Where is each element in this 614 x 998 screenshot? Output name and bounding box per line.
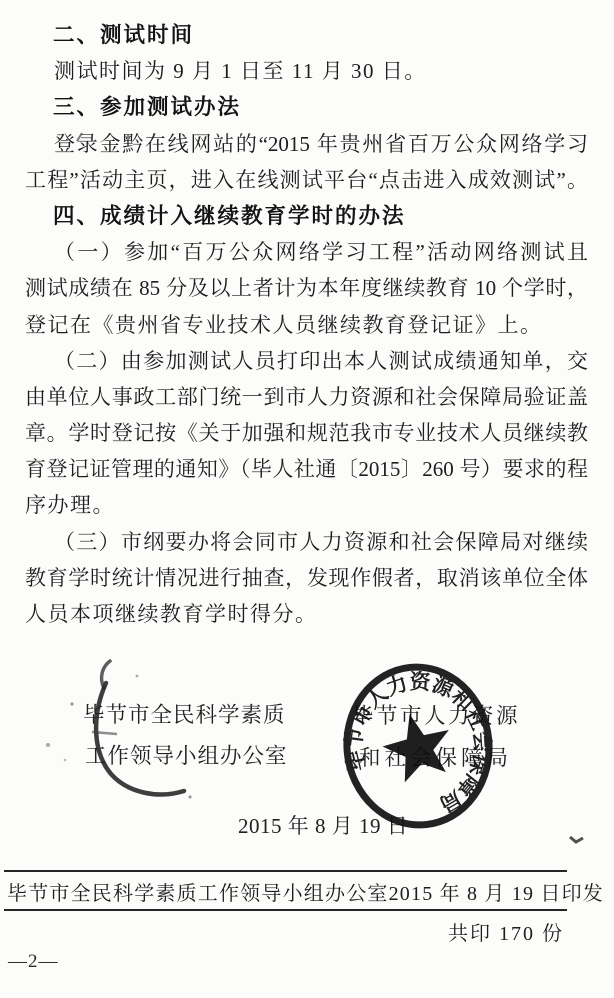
footer-issuer: 毕节市全民科学素质工作领导小组办公室 (7, 877, 389, 906)
footer-rule-bottom (4, 909, 567, 911)
scan-speck (570, 837, 583, 842)
footer-copies: 共印 170 份 (6, 917, 564, 946)
signature-date: 2015 年 8 月 19 日 (238, 810, 408, 840)
scan-speck (46, 743, 50, 747)
document-body: 二、测试时间 测试时间为 9 月 1 日至 11 月 30 日。 三、参加测试办… (25, 17, 588, 632)
doc-line: （一）参加“百万公众网络学习工程”活动网络测试且 (25, 234, 588, 270)
footer-imprint-row: 毕节市全民科学素质工作领导小组办公室 2015 年 8 月 19 日印发 (7, 877, 565, 906)
doc-line: 育登记证管理的通知》（毕人社通〔2015〕260 号）要求的程 (25, 451, 588, 487)
doc-line: 序办理。 (25, 487, 588, 523)
section-heading-3: 三、参加测试办法 (25, 89, 588, 125)
signature-left-line-2: 工作领导小组办公室 (85, 739, 288, 770)
scan-speck (188, 795, 191, 798)
doc-line: 由单位人事政工部门统一到市人力资源和社会保障局验证盖 (25, 379, 588, 415)
scan-speck (70, 702, 73, 705)
doc-line: 测试时间为 9 月 1 日至 11 月 30 日。 (25, 53, 588, 89)
doc-line: （二）由参加测试人员打印出本人测试成绩通知单，交 (25, 343, 588, 379)
signature-right-line-2: 和社会保障局 (359, 741, 512, 772)
doc-line: 人员本项继续教育学时得分。 (25, 596, 588, 632)
doc-line: 登录金黔在线网站的“2015 年贵州省百万公众网络学习 (25, 126, 588, 162)
doc-line: 工程”活动主页，进入在线测试平台“点击进入成效测试”。 (25, 162, 588, 198)
scan-speck (64, 759, 67, 762)
doc-line: 教育学时统计情况进行抽查，发现作假者，取消该单位全体 (25, 560, 588, 596)
signature-right-line-1: 毕节市人力资源 (352, 699, 520, 730)
scan-speck (136, 675, 139, 678)
footer-rule-top (4, 870, 567, 872)
scan-speck (92, 732, 117, 734)
doc-line: （三）市纲要办将会同市人力资源和社会保障局对继续 (25, 524, 588, 560)
page-number: —2— (8, 951, 59, 973)
doc-line: 登记在《贵州省专业技术人员继续教育登记证》上。 (25, 307, 588, 343)
footer-print-date: 2015 年 8 月 19 日印发 (389, 877, 604, 906)
doc-line: 章。学时登记按《关于加强和规范我市专业技术人员继续教 (25, 415, 588, 451)
signature-left-line-1: 毕节市全民科学素质 (83, 698, 286, 729)
document-page: 二、测试时间 测试时间为 9 月 1 日至 11 月 30 日。 三、参加测试办… (0, 0, 614, 998)
section-heading-2: 二、测试时间 (25, 17, 588, 53)
section-heading-4: 四、成绩计入继续教育学时的办法 (25, 198, 588, 234)
stamp-arc-artifact (102, 661, 110, 688)
doc-line: 测试成绩在 85 分及以上者计为本年度继续教育 10 个学时， (25, 270, 588, 306)
